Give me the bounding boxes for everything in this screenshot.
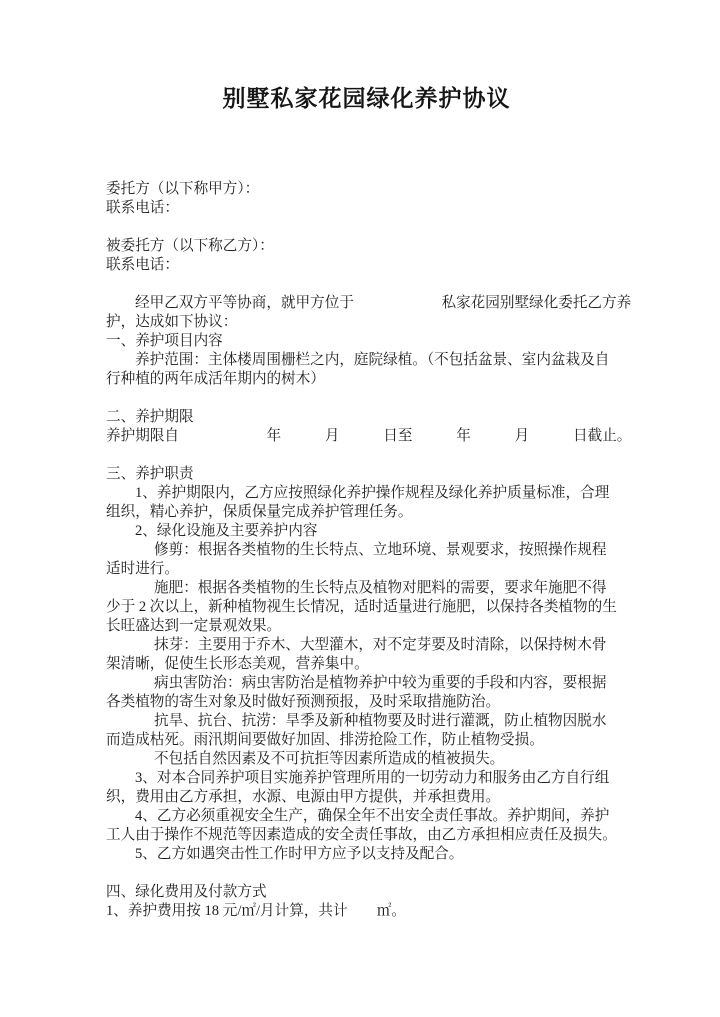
text-line: 2、绿化设施及主要养护内容 bbox=[106, 522, 630, 541]
text-line: 二、养护期限 bbox=[106, 408, 630, 427]
blank-line bbox=[106, 275, 630, 294]
text-line: 1、养护期限内，乙方应按照绿化养护操作规程及绿化养护质量标准，合理 bbox=[106, 484, 630, 503]
text-line: 四、绿化费用及付款方式 bbox=[106, 883, 630, 902]
text-line: 各类植物的寄生对象及时做好预测预报，及时采取措施防治。 bbox=[106, 693, 630, 712]
text-line: 组织，精心养护，保质保量完成养护管理任务。 bbox=[106, 503, 630, 522]
blank-line bbox=[106, 446, 630, 465]
text-line: 委托方（以下称甲方）： bbox=[106, 180, 630, 199]
text-line: 三、养护职责 bbox=[106, 465, 630, 484]
text-line: 3、对本合同养护项目实施养护管理所用的一切劳动力和服务由乙方自行组 bbox=[106, 769, 630, 788]
text-line: 抗旱、抗台、抗涝：旱季及新种植物要及时进行灌溉，防止植物因脱水 bbox=[106, 712, 630, 731]
text-line: 被委托方（以下称乙方）： bbox=[106, 237, 630, 256]
text-line: 少于 2 次以上，新种植物视生长情况，适时适量进行施肥，以保持各类植物的生 bbox=[106, 598, 630, 617]
text-line: 不包括自然因素及不可抗拒等因素所造成的植被损失。 bbox=[106, 750, 630, 769]
text-line: 修剪：根据各类植物的生长特点、立地环境、景观要求，按照操作规程 bbox=[106, 541, 630, 560]
text-line: 适时进行。 bbox=[106, 560, 630, 579]
text-line: 联系电话： bbox=[106, 199, 630, 218]
text-line: 抹芽：主要用于乔木、大型灌木，对不定芽要及时清除，以保持树木骨 bbox=[106, 636, 630, 655]
document-title: 别墅私家花园绿化养护协议 bbox=[106, 84, 627, 114]
document-page: 别墅私家花园绿化养护协议 委托方（以下称甲方）：联系电话： 被委托方（以下称乙方… bbox=[0, 0, 720, 1017]
text-line: 4、乙方必须重视安全生产，确保全年不出安全责任事故。养护期间，养护 bbox=[106, 807, 630, 826]
text-line: 养护期限自 年 月 日至 年 月 日截止。 bbox=[106, 427, 630, 446]
text-line: 织，费用由乙方承担，水源、电源由甲方提供，并承担费用。 bbox=[106, 788, 630, 807]
text-line: 长旺盛达到一定景观效果。 bbox=[106, 617, 630, 636]
blank-line bbox=[106, 864, 630, 883]
text-line: 行种植的两年成活年期内的树木） bbox=[106, 370, 630, 389]
text-line: 工人由于操作不规范等因素造成的安全责任事故，由乙方承担相应责任及损失。 bbox=[106, 826, 630, 845]
text-line: 病虫害防治：病虫害防治是植物养护中较为重要的手段和内容，要根据 bbox=[106, 674, 630, 693]
text-line: 施肥：根据各类植物的生长特点及植物对肥料的需要，要求年施肥不得 bbox=[106, 579, 630, 598]
text-line: 1、养护费用按 18 元/㎡/月计算，共计 ㎡。 bbox=[106, 902, 630, 921]
text-line: 养护范围：主体楼周围栅栏之内，庭院绿植。（不包括盆景、室内盆栽及自 bbox=[106, 351, 630, 370]
text-line: 5、乙方如遇突击性工作时甲方应予以支持及配合。 bbox=[106, 845, 630, 864]
blank-line bbox=[106, 218, 630, 237]
text-line: 联系电话： bbox=[106, 256, 630, 275]
text-line: 经甲乙双方平等协商，就甲方位于 私家花园别墅绿化委托乙方养 bbox=[106, 294, 630, 313]
document-body: 委托方（以下称甲方）：联系电话： 被委托方（以下称乙方）：联系电话： 经甲乙双方… bbox=[106, 180, 630, 921]
text-line: 架清晰，促使生长形态美观，营养集中。 bbox=[106, 655, 630, 674]
blank-line bbox=[106, 389, 630, 408]
text-line: 而造成枯死。雨汛期间要做好加固、排涝抢险工作，防止植物受损。 bbox=[106, 731, 630, 750]
text-line: 一、养护项目内容 bbox=[106, 332, 630, 351]
text-line: 护，达成如下协议： bbox=[106, 313, 630, 332]
